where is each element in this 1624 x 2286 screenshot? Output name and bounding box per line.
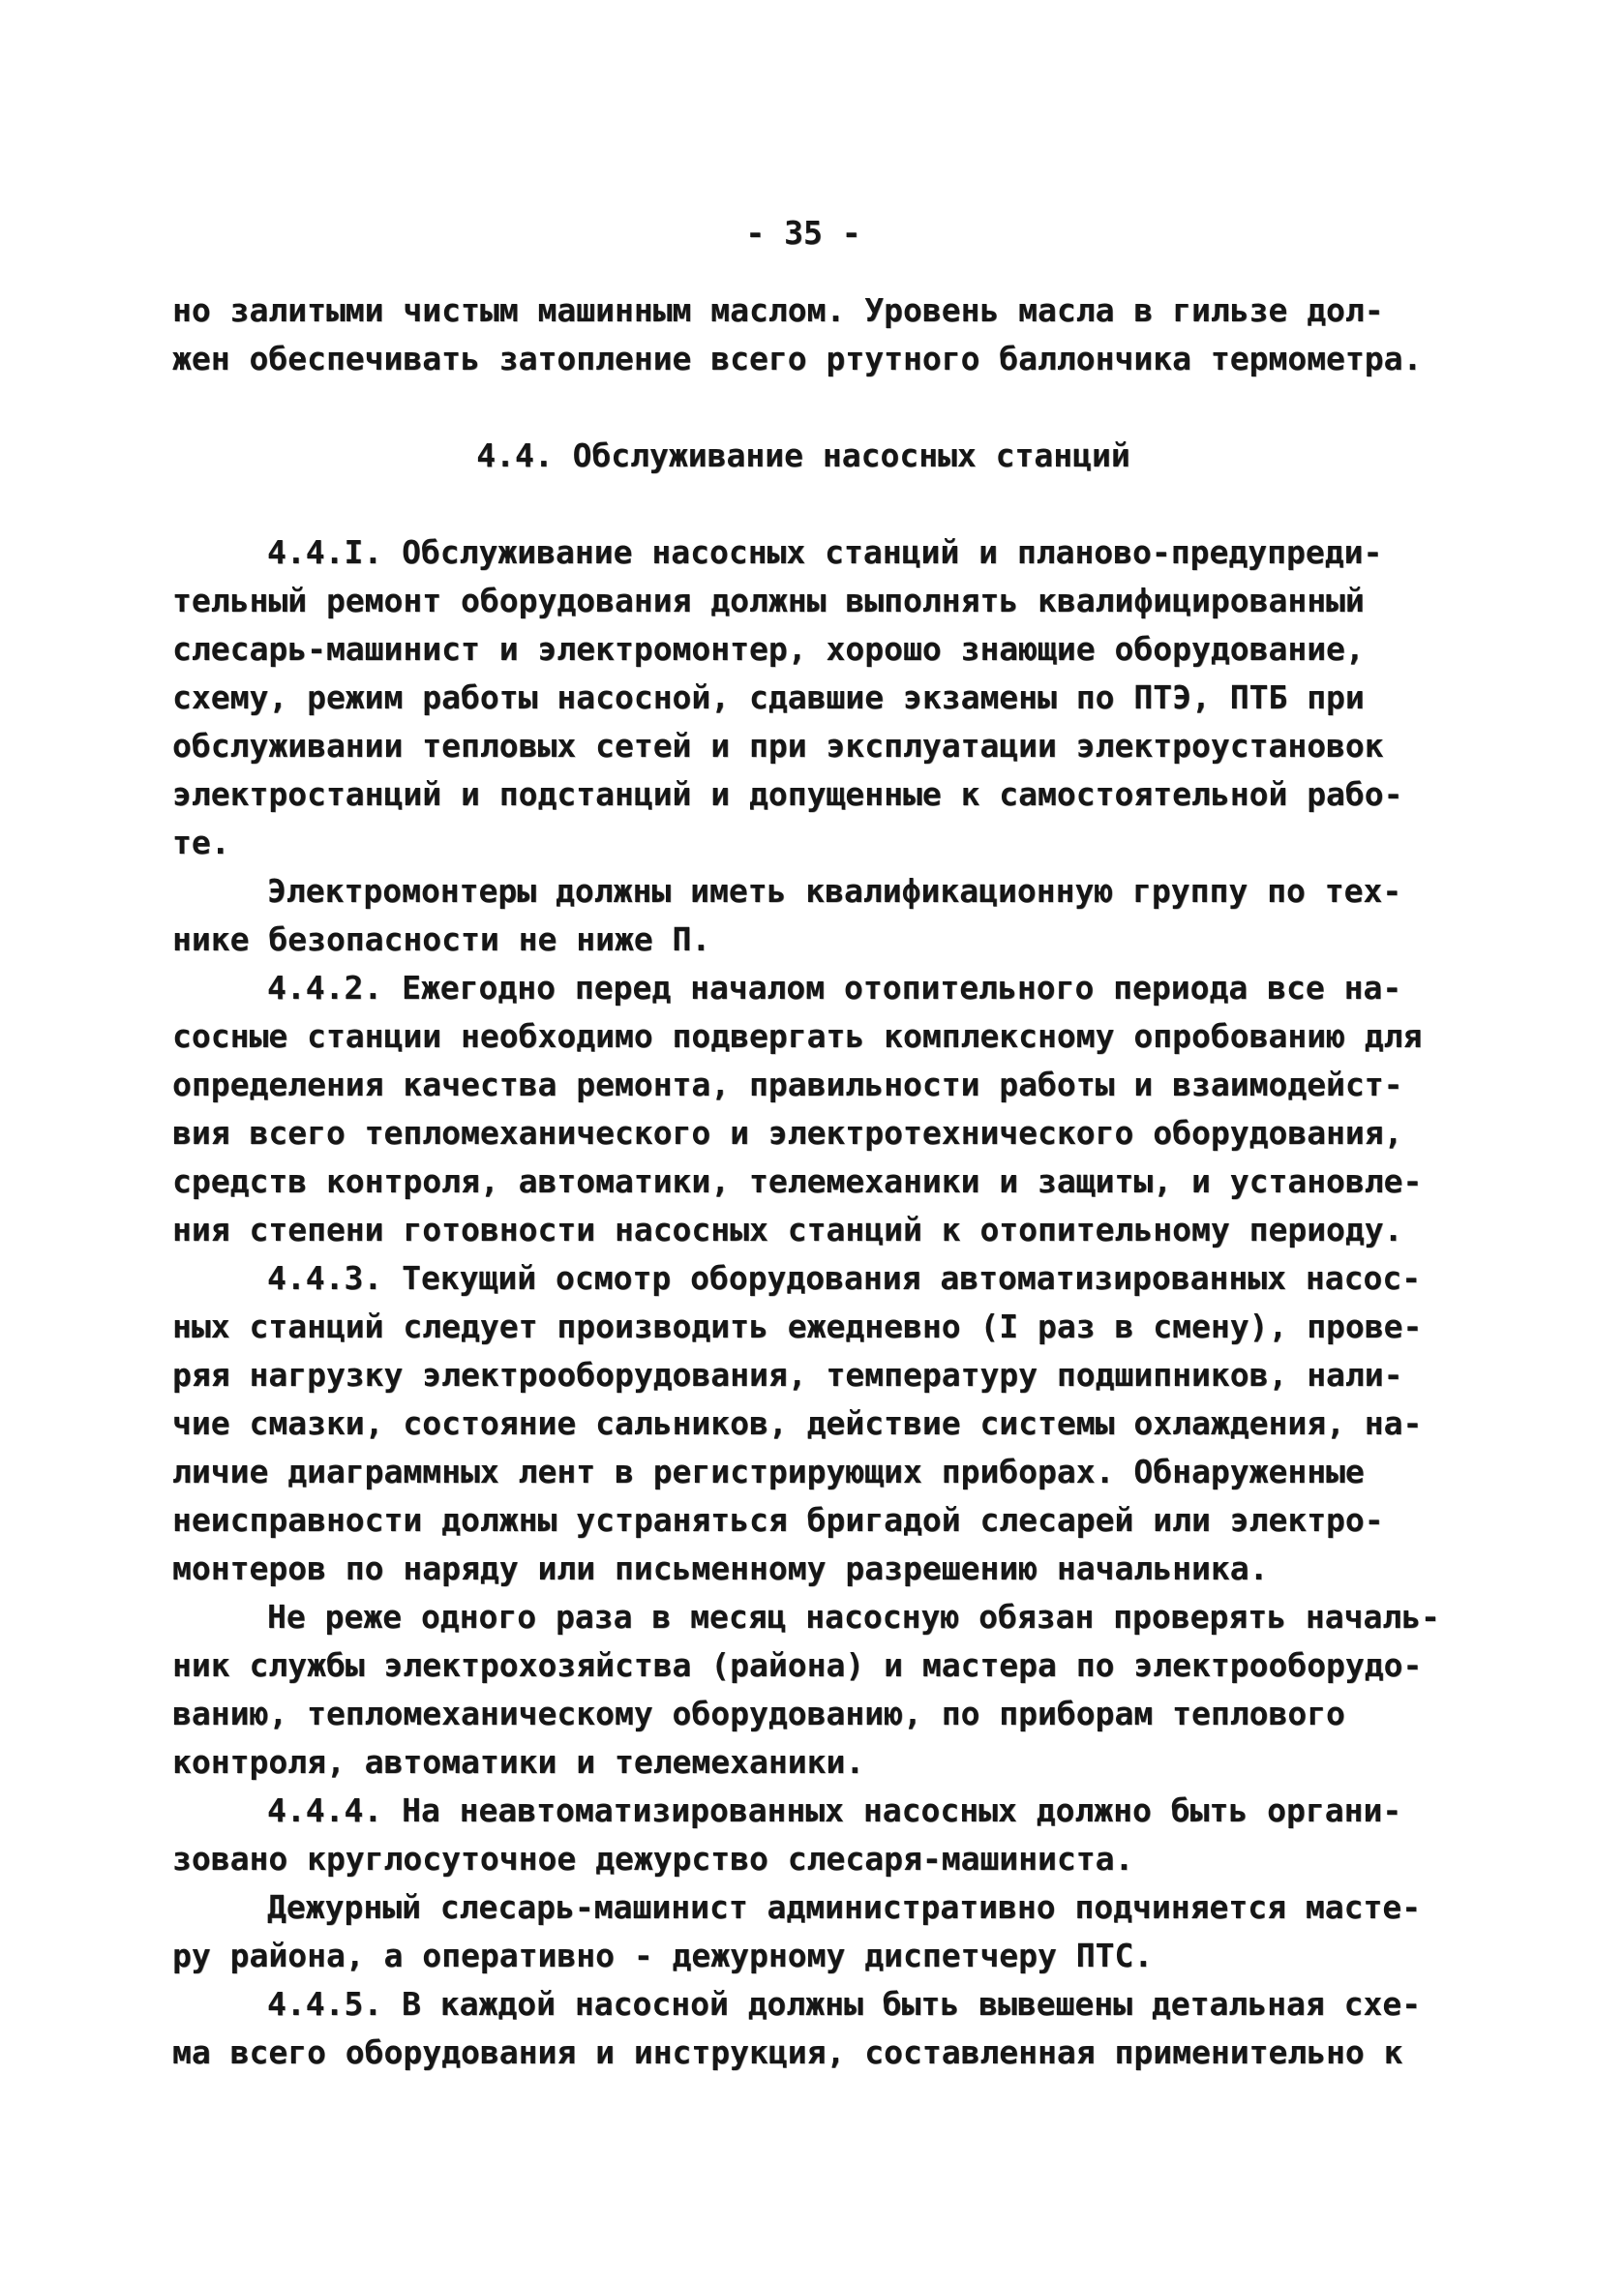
text-line: монтеров по наряду или письменному разре…: [172, 1545, 1434, 1593]
paragraph: Не реже одного раза в месяц насосную обя…: [172, 1593, 1434, 1787]
text-line: ряя нагрузку электрооборудования, темпер…: [172, 1351, 1434, 1399]
paragraph: Дежурный слесарь-машинист административн…: [172, 1883, 1434, 1980]
text-line: личие диаграммных лент в регистрирующих …: [172, 1448, 1434, 1496]
paragraph: 4.4.4. На неавтоматизированных насосных …: [172, 1787, 1434, 1883]
paragraph: 4.4.3. Текущий осмотр оборудования автом…: [172, 1254, 1434, 1593]
text-line: 4.4.5. В каждой насосной должны быть выв…: [172, 1980, 1434, 2029]
text-line: средств контроля, автоматики, телемехани…: [172, 1158, 1434, 1206]
document-page: - 35 - но залитыми чистым машинным масло…: [0, 0, 1624, 2286]
page-number: - 35 -: [172, 209, 1434, 257]
text-line: обслуживании тепловых сетей и при эксплу…: [172, 722, 1434, 770]
text-line: 4.4.2. Ежегодно перед началом отопительн…: [172, 964, 1434, 1012]
text-line: ных станций следует производить ежедневн…: [172, 1303, 1434, 1351]
text-line: ру района, а оперативно - дежурному дисп…: [172, 1932, 1434, 1980]
text-line: 4.4.I. Обслуживание насосных станций и п…: [172, 528, 1434, 577]
text-line: ния степени готовности насосных станций …: [172, 1206, 1434, 1254]
text-line: слесарь-машинист и электромонтер, хорошо…: [172, 625, 1434, 674]
text-line: те.: [172, 819, 1434, 867]
text-line: зовано круглосуточное дежурство слесаря-…: [172, 1835, 1434, 1883]
text-line: определения качества ремонта, правильнос…: [172, 1061, 1434, 1109]
text-line: неисправности должны устраняться бригадо…: [172, 1496, 1434, 1545]
text-line: Не реже одного раза в месяц насосную обя…: [172, 1593, 1434, 1641]
text-line: жен обеспечивать затопление всего ртутно…: [172, 335, 1434, 383]
text-line: 4.4.3. Текущий осмотр оборудования автом…: [172, 1254, 1434, 1303]
text-line: ник службы электрохозяйства (района) и м…: [172, 1641, 1434, 1690]
paragraph: Электромонтеры должны иметь квалификацио…: [172, 867, 1434, 964]
text-line: чие смазки, состояние сальников, действи…: [172, 1399, 1434, 1448]
text-line: тельный ремонт оборудования должны выпол…: [172, 577, 1434, 625]
paragraph: но залитыми чистым машинным маслом. Уров…: [172, 286, 1434, 383]
text-line: Электромонтеры должны иметь квалификацио…: [172, 867, 1434, 916]
section-heading: 4.4. Обслуживание насосных станций: [172, 432, 1434, 480]
paragraph: 4.4.5. В каждой насосной должны быть выв…: [172, 1980, 1434, 2077]
text-line: но залитыми чистым машинным маслом. Уров…: [172, 286, 1434, 335]
text-line: сосные станции необходимо подвергать ком…: [172, 1012, 1434, 1061]
text-line: нике безопасности не ниже П.: [172, 916, 1434, 964]
text-line: 4.4.4. На неавтоматизированных насосных …: [172, 1787, 1434, 1835]
text-line: ма всего оборудования и инструкция, сост…: [172, 2029, 1434, 2077]
text-line: ванию, тепломеханическому оборудованию, …: [172, 1690, 1434, 1738]
text-line: схему, режим работы насосной, сдавшие эк…: [172, 674, 1434, 722]
text-column: но залитыми чистым машинным маслом. Уров…: [172, 286, 1434, 2077]
paragraph: 4.4.2. Ежегодно перед началом отопительн…: [172, 964, 1434, 1254]
text-line: контроля, автоматики и телемеханики.: [172, 1738, 1434, 1787]
text-line: электростанций и подстанций и допущенные…: [172, 770, 1434, 819]
text-line: вия всего тепломеханического и электроте…: [172, 1109, 1434, 1158]
paragraph: 4.4.I. Обслуживание насосных станций и п…: [172, 528, 1434, 867]
text-line: Дежурный слесарь-машинист административн…: [172, 1883, 1434, 1932]
